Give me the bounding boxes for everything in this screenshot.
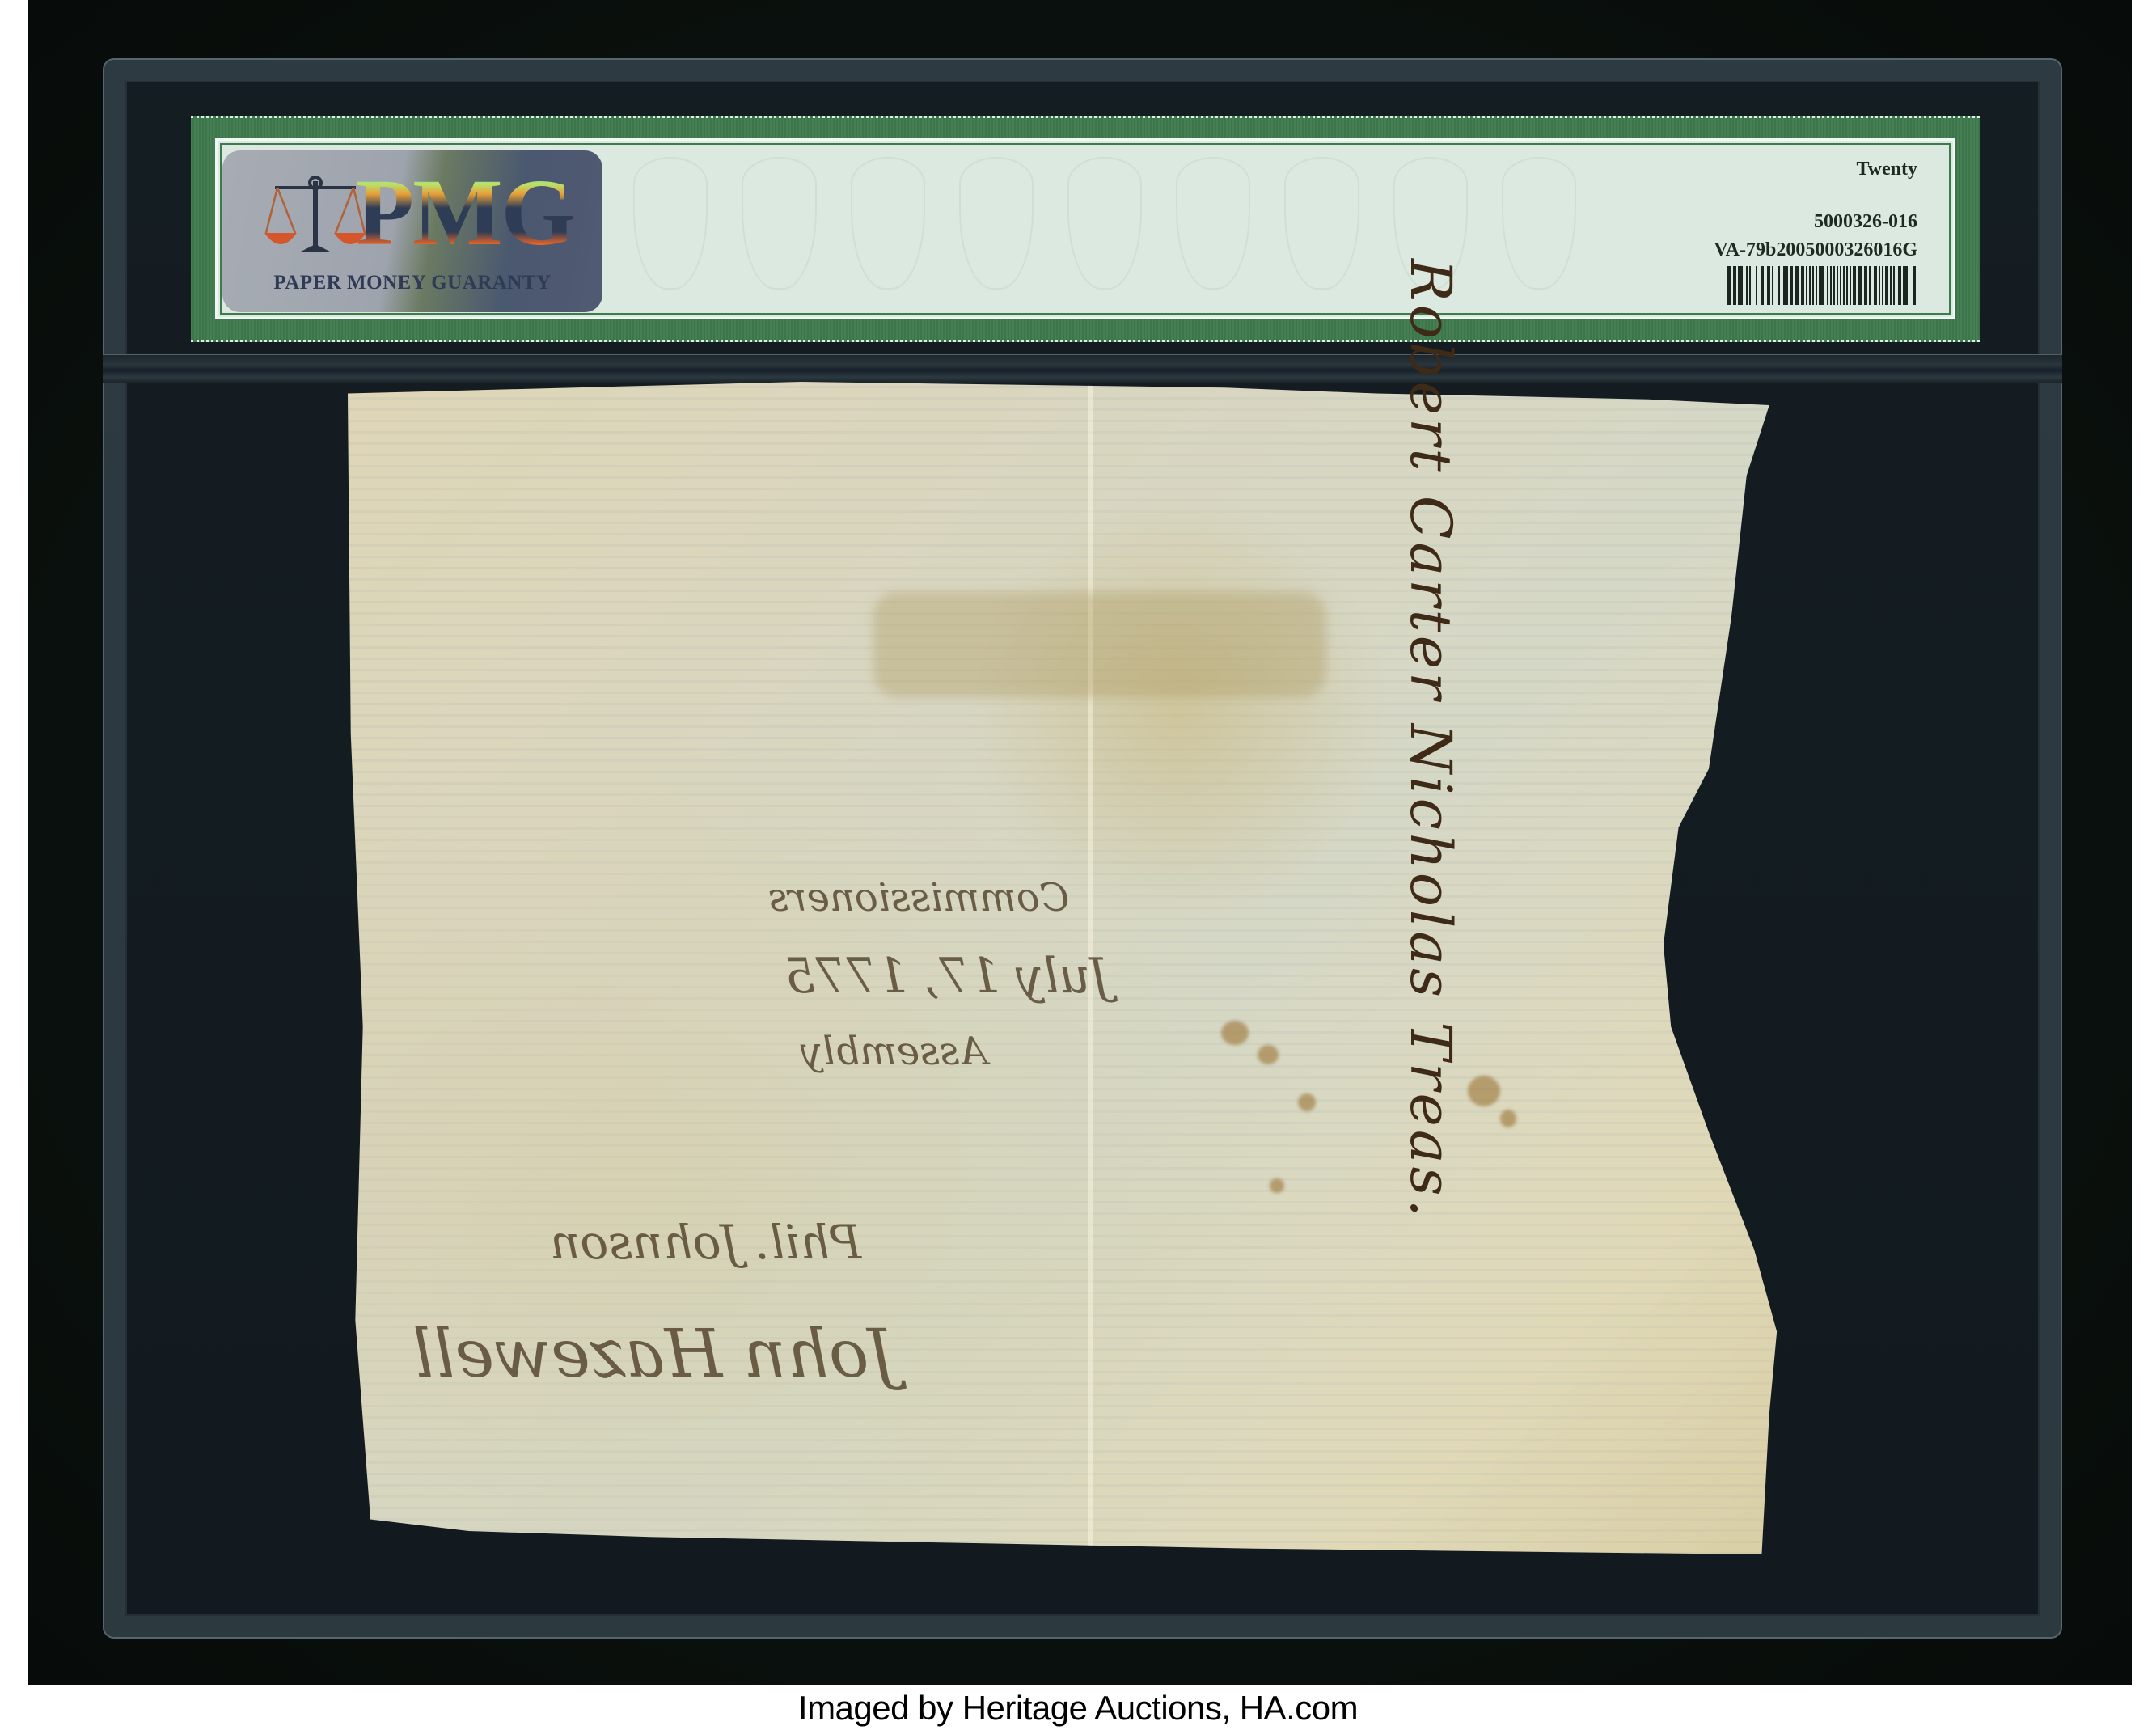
banknote-back: Commissioners July 17, 1775 Assembly Phi… (348, 382, 1860, 1554)
catalog-code: VA-79b2005000326016G (1714, 239, 1917, 261)
holder-seam (103, 354, 2062, 383)
mirrored-signature-upper: Phil. Johnson (550, 1215, 861, 1270)
scales-of-justice-icon (263, 175, 368, 264)
treasurer-signature: Robert Carter Nicholas Treas. (1397, 259, 1464, 1220)
mirrored-writing: July 17, 1775 (784, 948, 1110, 1005)
foxing-stain (1298, 1093, 1316, 1111)
barcode-icon (1714, 266, 1917, 305)
foxing-stain (1270, 1178, 1284, 1193)
foxing-stain (1221, 1021, 1249, 1045)
foxing-stain (1258, 1045, 1279, 1064)
denomination: Twenty (1714, 159, 1917, 180)
pmg-hologram: PMG PAPER MONEY GUARANTY (222, 150, 602, 312)
label-details: Twenty 5000326-016 VA-79b2005000326016G (1714, 159, 1917, 305)
mirrored-signature-bottom: John Hazewell (412, 1316, 895, 1393)
foxing-stain (1468, 1076, 1500, 1106)
image-credit: Imaged by Heritage Auctions, HA.com (0, 1689, 2156, 1728)
mirrored-writing: Commissioners (768, 875, 1069, 920)
grading-label: PMG PAPER MONEY GUARANTY Twenty 5000326-… (191, 116, 1980, 342)
ink-bleed (873, 592, 1326, 697)
cert-number: 5000326-016 (1714, 211, 1917, 233)
label-panel: PMG PAPER MONEY GUARANTY Twenty 5000326-… (215, 138, 1955, 319)
foxing-stain (1500, 1110, 1516, 1127)
pmg-logo-text: PMG (356, 165, 573, 260)
mirrored-writing: Assembly (801, 1029, 987, 1074)
grader-name: PAPER MONEY GUARANTY (222, 272, 602, 294)
